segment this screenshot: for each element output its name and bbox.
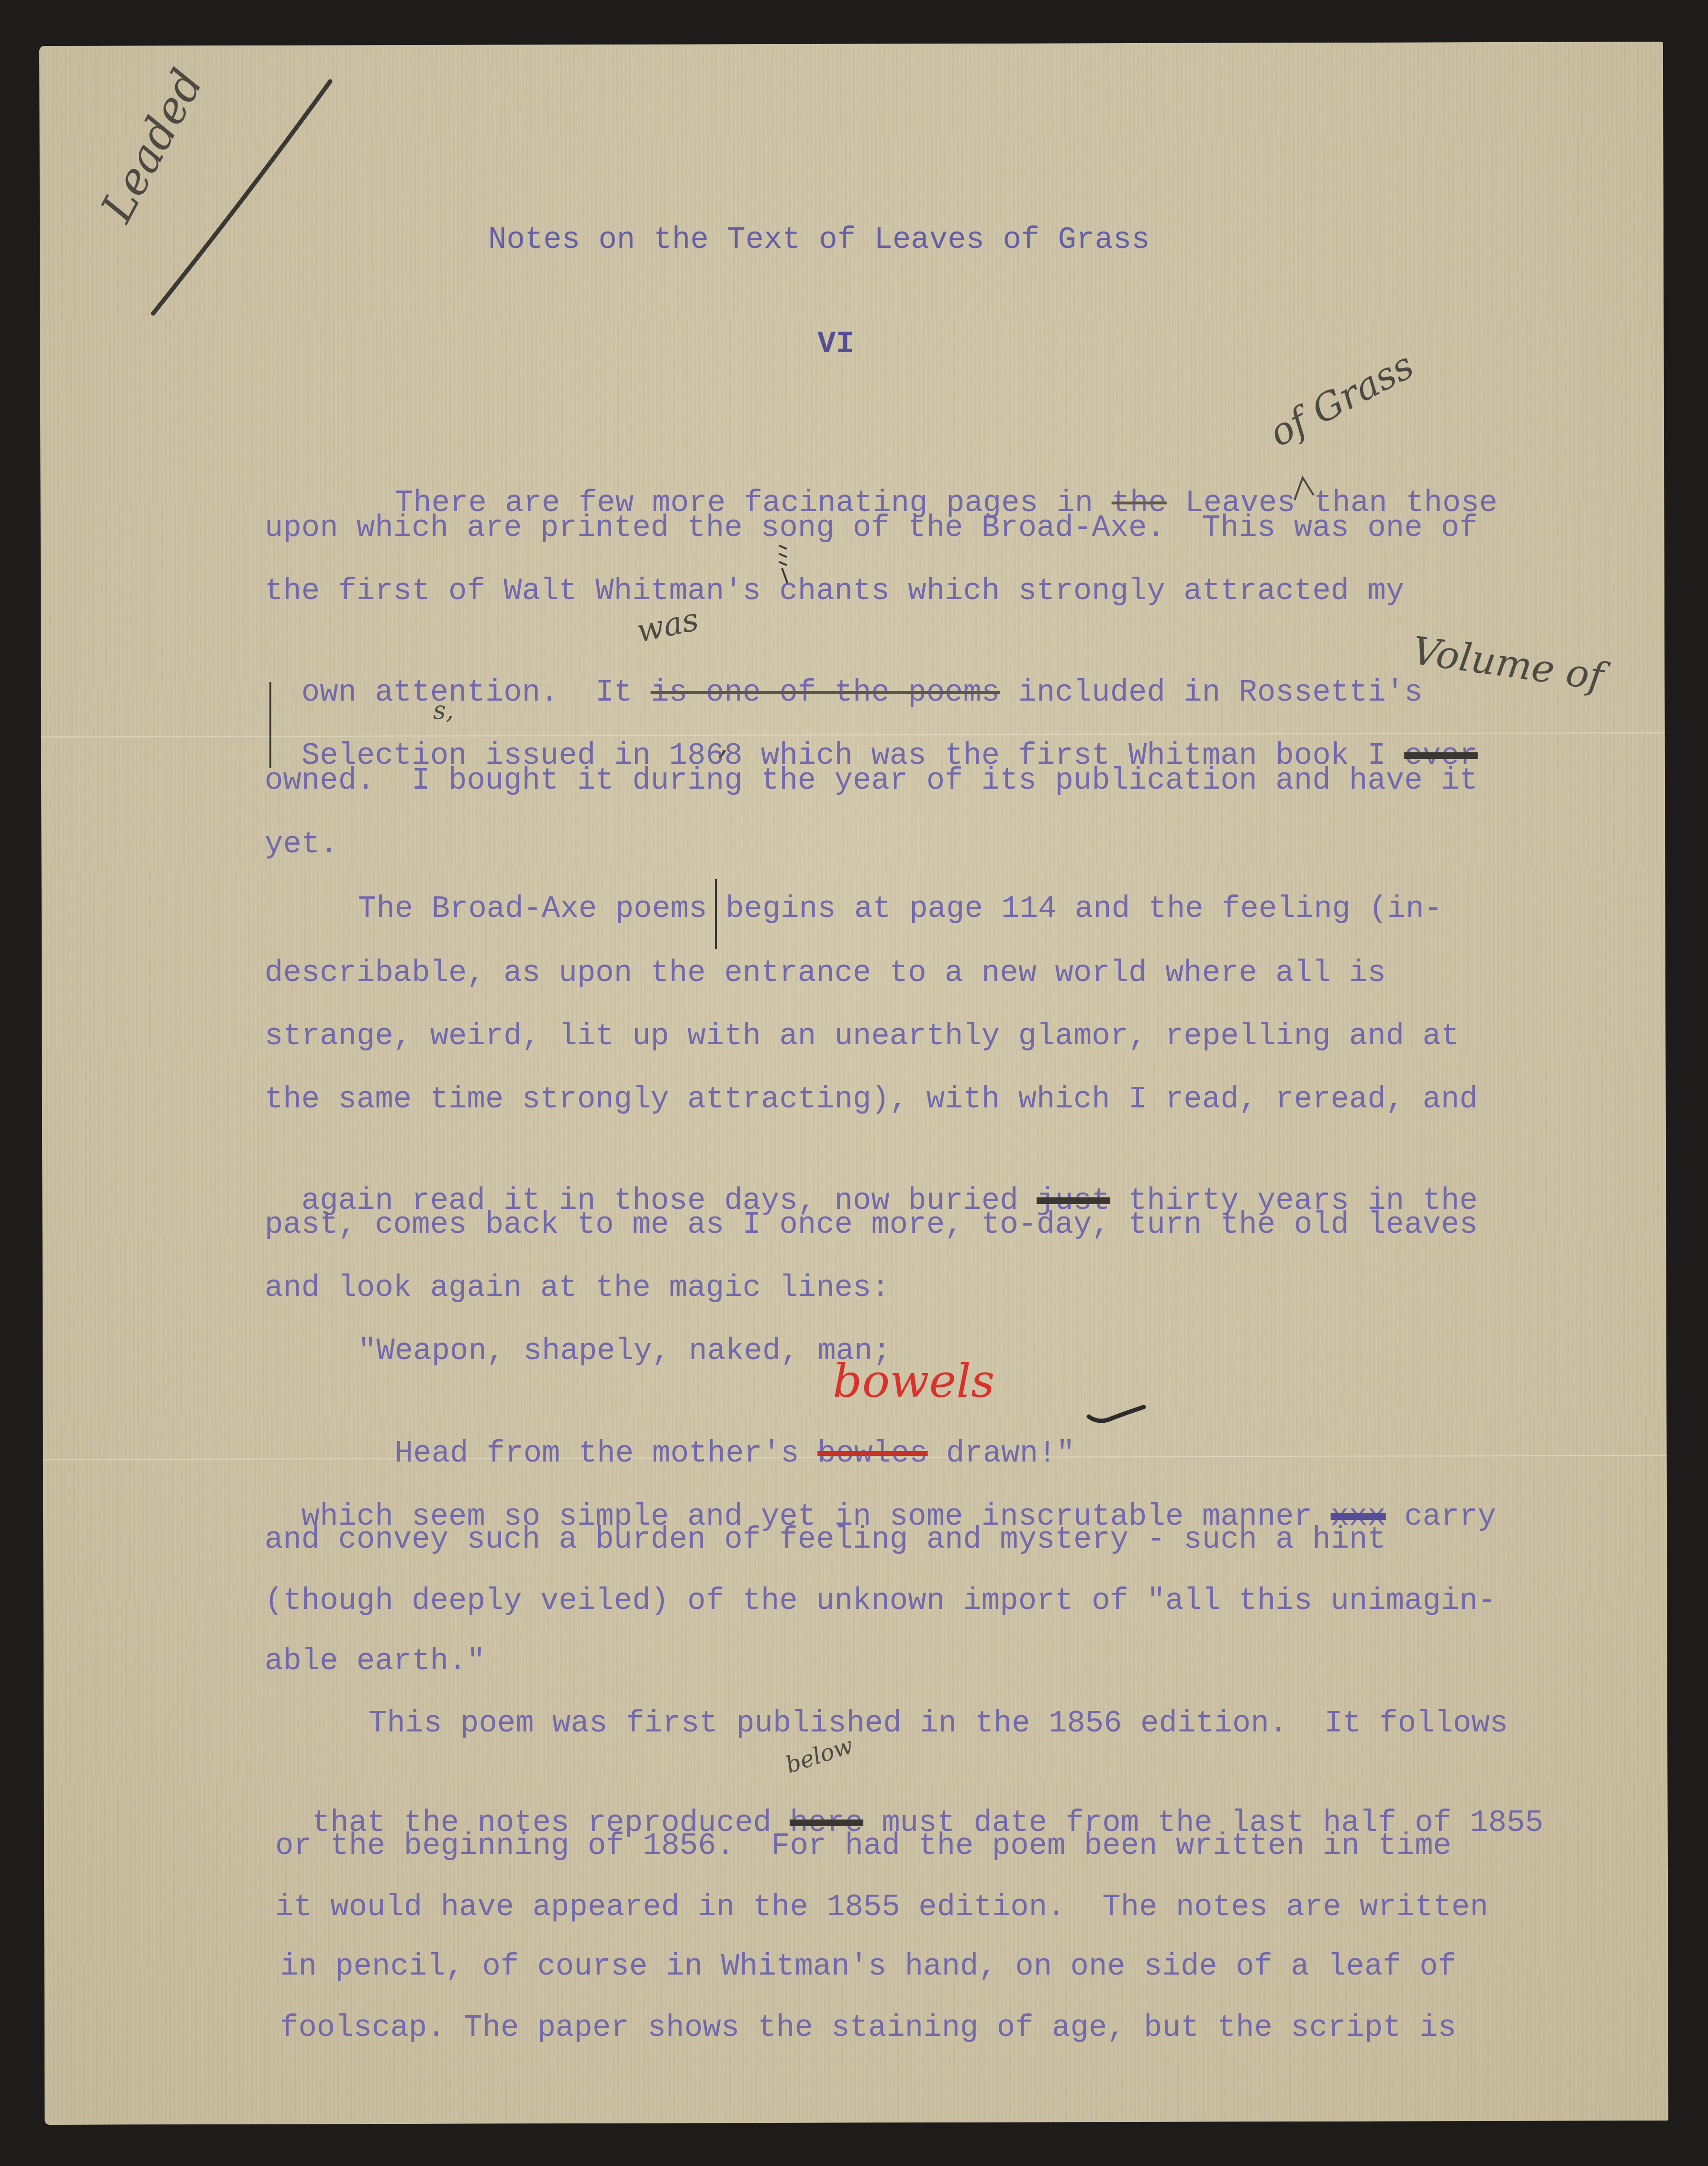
text-line: yet. [265,826,338,864]
text-line: strange, weird, lit up with an unearthly… [265,1017,1459,1056]
text-line: in pencil, of course in Whitman's hand, … [280,1948,1456,1986]
text-line: owned. I bought it during the year of it… [265,762,1478,800]
text-line: and look again at the magic lines: [265,1269,890,1307]
text-line: it would have appeared in the 1855 editi… [275,1888,1488,1927]
text-line: This poem was first published in the 185… [368,1705,1508,1743]
text-line: able earth." [265,1642,485,1681]
pencil-comma: , [718,723,728,762]
text-line: the first of Walt Whitman's chants which… [265,572,1404,611]
page-title: Notes on the Text of Leaves of Grass [488,221,1150,259]
text-line: the same time strongly attracting), with… [265,1081,1478,1119]
text-line: foolscap. The paper shows the staining o… [280,2009,1456,2047]
text-line: describable, as upon the entrance to a n… [265,954,1386,993]
text-line: and convey such a burden of feeling and … [265,1521,1386,1559]
section-number: VI [817,325,854,364]
text-line: (though deeply veiled) of the unknown im… [265,1582,1496,1620]
caret-insert-mark [1292,474,1316,502]
text-line: or the beginning of 1856. For had the po… [275,1827,1451,1865]
text-line: past, comes back to me as I once more, t… [265,1206,1478,1244]
text-line: The Broad-Axe poems begins at page 114 a… [358,890,1442,928]
pencil-slash-mark [144,72,345,321]
quoted-verse-line: "Weapon, shapely, naked, man; [358,1332,891,1371]
pencil-dash-mark [1086,1402,1149,1426]
text-line: upon which are printed the song of the B… [265,509,1478,547]
